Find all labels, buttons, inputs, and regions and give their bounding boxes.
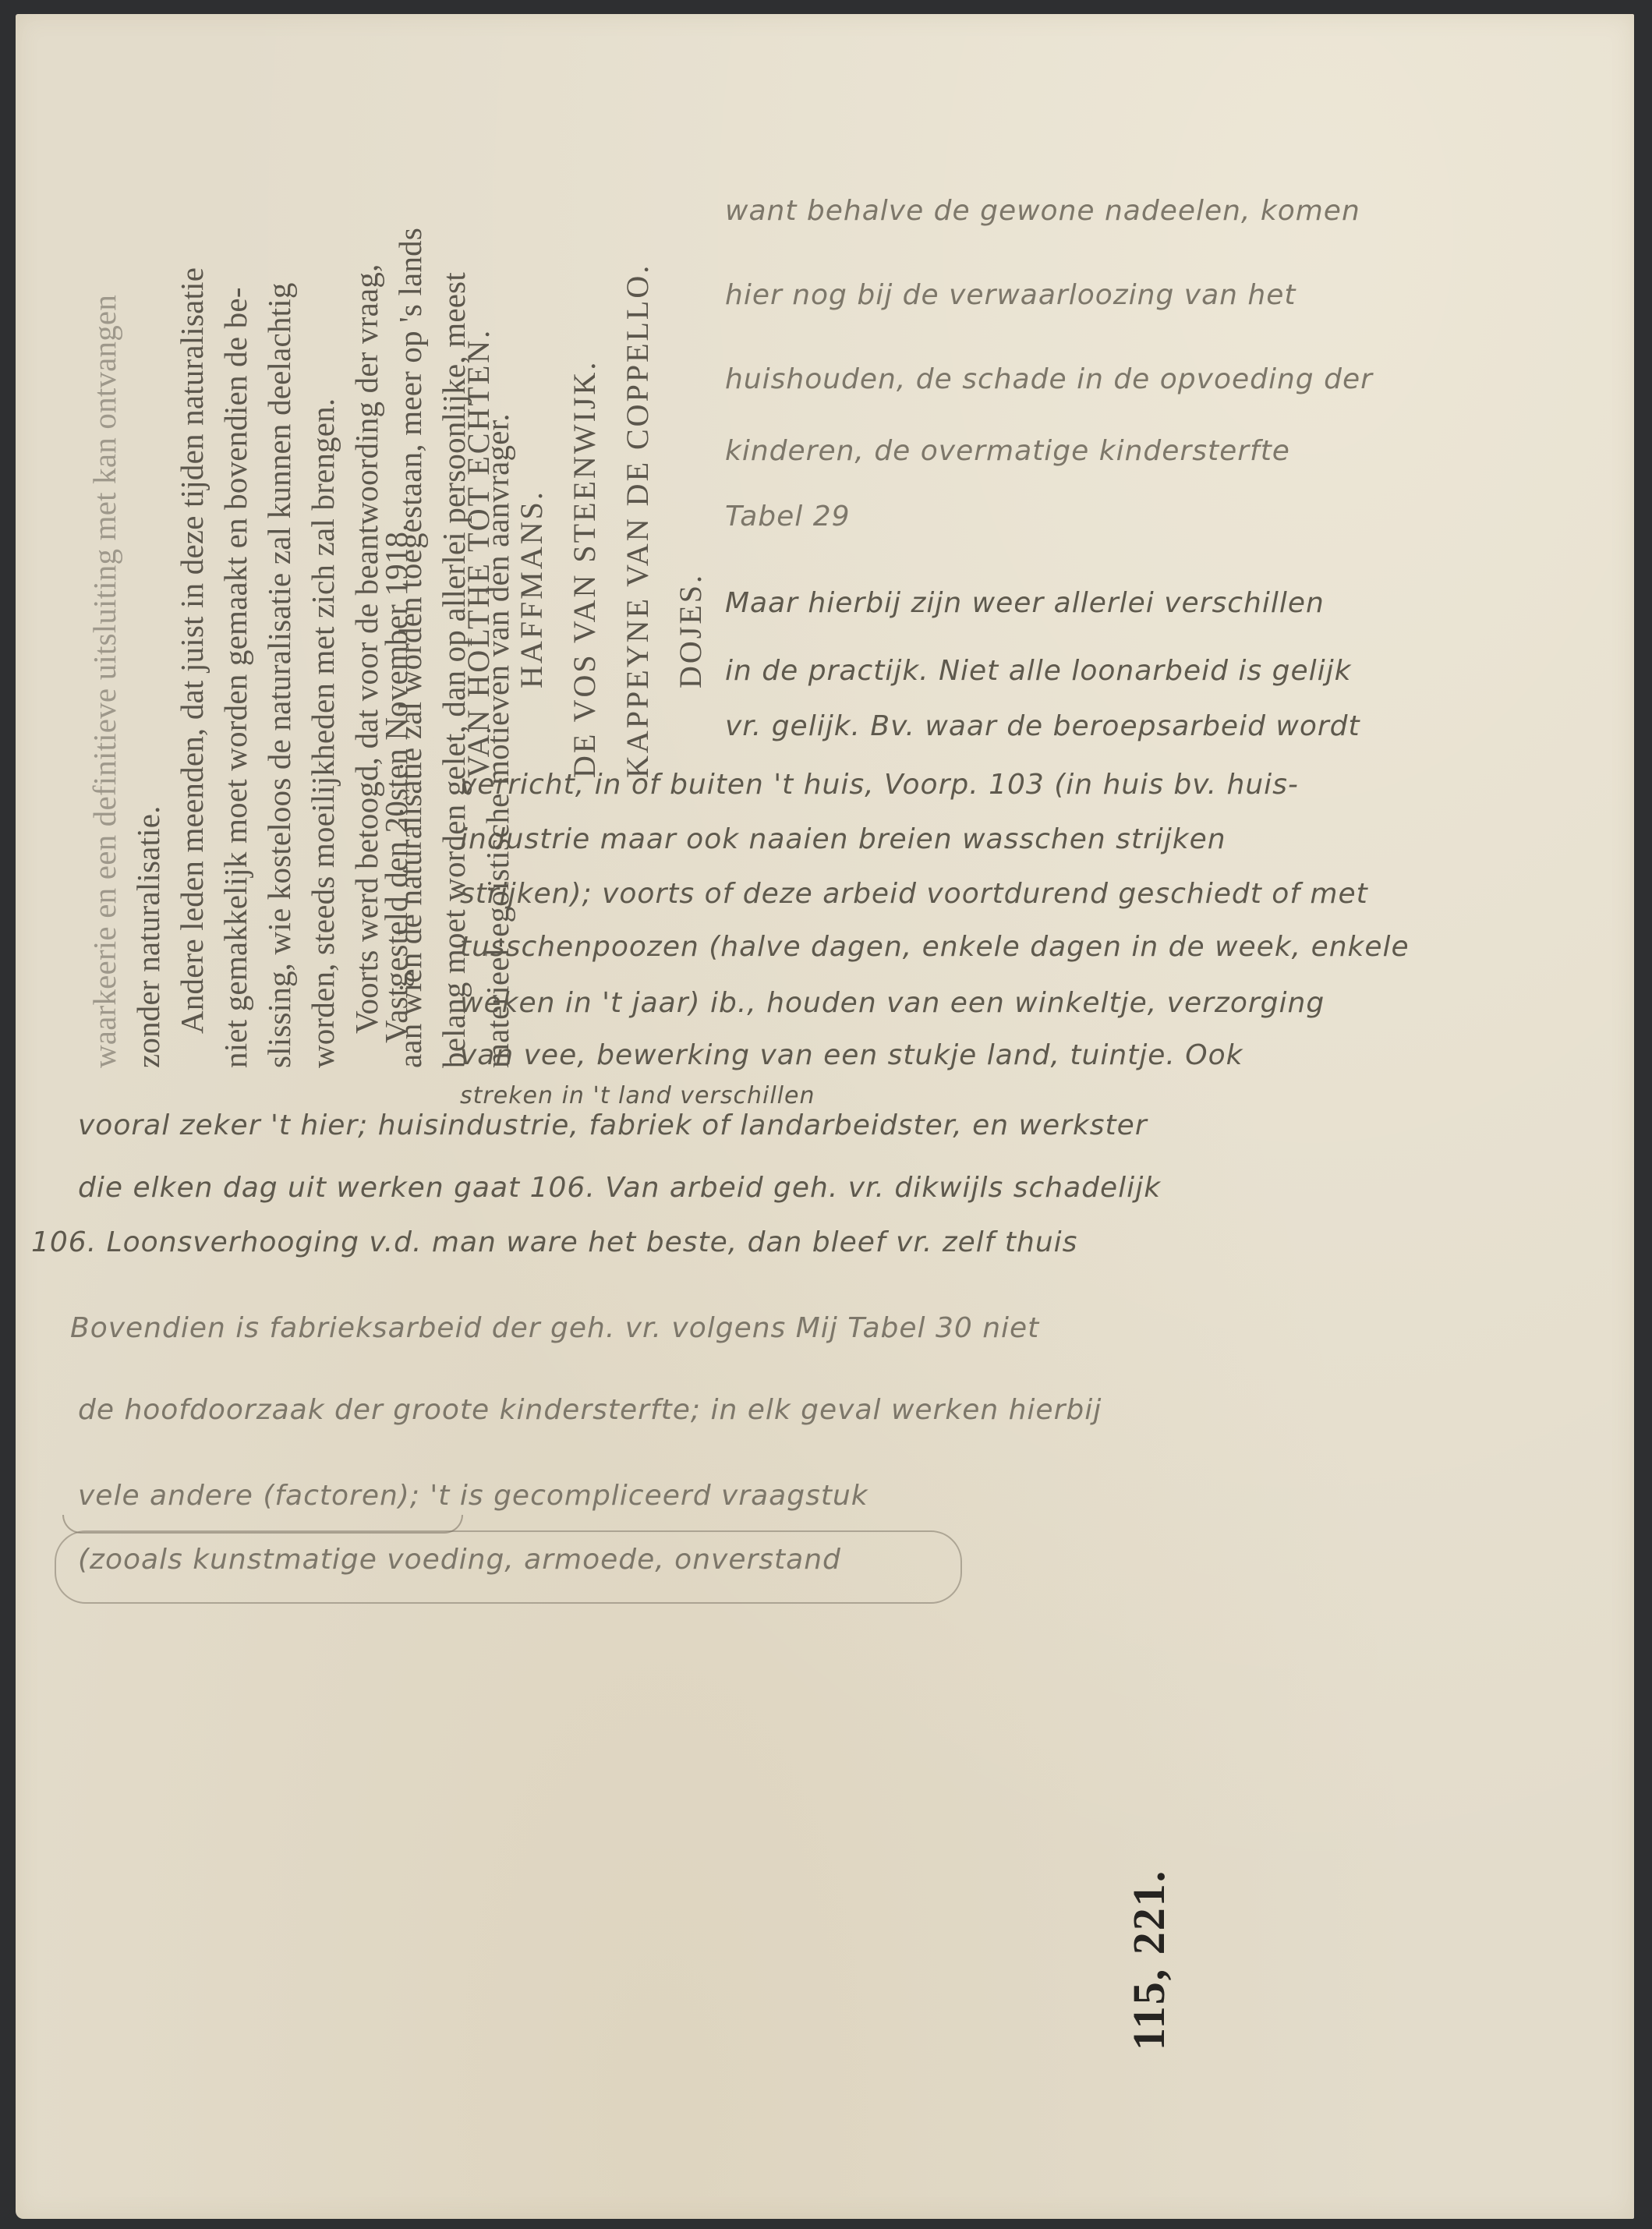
handwritten-line: kinderen, de overmatige kindersterfte	[725, 435, 1290, 467]
handwritten-line: verricht, in of buiten 't huis, Voorp. 1…	[460, 769, 1299, 801]
handwritten-line: van vee, bewerking van een stukje land, …	[460, 1039, 1243, 1071]
handwritten-line: in de practijk. Niet alle loonarbeid is …	[725, 655, 1351, 687]
handwritten-line: 106. Loonsverhooging v.d. man ware het b…	[31, 1226, 1077, 1258]
handwritten-insertion: streken in 't land verschillen	[460, 1082, 815, 1109]
handwritten-line: industrie maar ook naaien breien wassche…	[460, 823, 1226, 855]
handwritten-line: Bovendien is fabrieksarbeid der geh. vr.…	[70, 1312, 1039, 1344]
printed-line: worden, steeds moeilijkheden met zich za…	[301, 228, 345, 1068]
printed-report-column: waarkeerie en een definitieve uitsluitin…	[83, 228, 519, 1068]
document-page: waarkeerie en een definitieve uitsluitin…	[16, 14, 1634, 2219]
printed-line: Andere leden meenden, dat juist in deze …	[170, 228, 214, 1068]
handwritten-line: strijken); voorts of deze arbeid voortdu…	[460, 878, 1368, 910]
handwritten-line: want behalve de gewone nadeelen, komen	[725, 195, 1360, 227]
signatory: HAFFMANS.	[510, 264, 554, 794]
signatory: KAPPEYNE VAN DE COPPELLO.	[616, 264, 660, 794]
printed-line: zonder naturalisatie.	[126, 228, 170, 1068]
handwritten-line: Maar hierbij zijn weer allerlei verschil…	[725, 587, 1325, 619]
printed-line: slissing, wie kosteloos de naturalisatie…	[257, 228, 301, 1068]
signatory: DE VOS VAN STEENWIJK.	[563, 264, 607, 794]
signatory: VAN HOLTHE TOT ECHTEN.	[457, 264, 501, 794]
handwritten-line: huishouden, de schade in de opvoeding de…	[725, 363, 1373, 395]
printed-line: waarkeerie en een definitieve uitsluitin…	[83, 228, 126, 1068]
handwritten-line: (zooals kunstmatige voeding, armoede, on…	[78, 1544, 841, 1576]
handwritten-line: Tabel 29	[725, 501, 851, 532]
handwritten-line: vele andere (factoren); 't is gecomplice…	[78, 1480, 868, 1512]
handwritten-line: vr. gelijk. Bv. waar de beroepsarbeid wo…	[725, 710, 1360, 742]
signatories: VAN HOLTHE TOT ECHTEN. HAFFMANS. DE VOS …	[457, 264, 713, 794]
page-number-stamp: 115, 221.	[1123, 1870, 1175, 2050]
handwritten-line: die elken dag uit werken gaat 106. Van a…	[78, 1172, 1161, 1204]
date-text: Vastgesteld den 20sten November 1918.	[374, 523, 418, 1043]
signatory: DOJES.	[669, 264, 713, 794]
printed-line: niet gemakkelijk moet worden gemaakt en …	[214, 228, 257, 1068]
handwritten-line: de hoofdoorzaak der groote kindersterfte…	[78, 1394, 1102, 1426]
handwritten-line: tusschenpoozen (halve dagen, enkele dage…	[460, 931, 1410, 963]
handwritten-line: hier nog bij de verwaarloozing van het	[725, 279, 1296, 311]
date-line: Vastgesteld den 20sten November 1918.	[374, 523, 418, 1043]
handwritten-line: vooral zeker 't hier; huisindustrie, fab…	[78, 1109, 1148, 1141]
handwritten-line: weken in 't jaar) ib., houden van een wi…	[460, 987, 1325, 1019]
